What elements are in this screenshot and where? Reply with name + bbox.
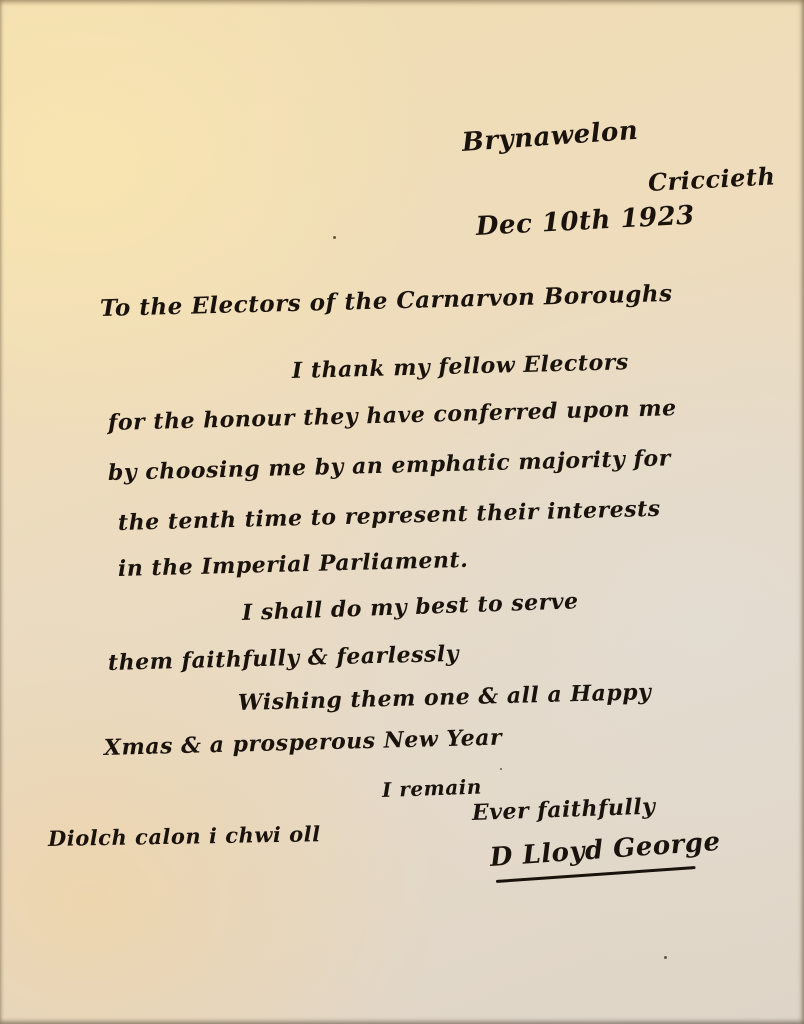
body-line: Wishing them one & all a Happy	[238, 679, 652, 716]
body-line: by choosing me by an emphatic majority f…	[108, 445, 671, 486]
closing: I remain	[382, 775, 483, 802]
body-line: I thank my fellow Electors	[292, 349, 629, 384]
address-town: Criccieth	[647, 161, 776, 197]
body-line: them faithfully & fearlessly	[108, 641, 460, 676]
paper-speck	[333, 236, 336, 239]
body-line: for the honour they have conferred upon …	[108, 395, 677, 436]
body-line: in the Imperial Parliament.	[118, 547, 469, 582]
letter-page: Brynawelon Criccieth Dec 10th 1923 To th…	[0, 0, 804, 1024]
salutation: To the Electors of the Carnarvon Borough…	[100, 280, 673, 322]
letter-date: Dec 10th 1923	[475, 201, 695, 242]
welsh-postscript: Diolch calon i chwi oll	[48, 821, 321, 851]
paper-speck	[500, 768, 502, 770]
address-house: Brynawelon	[461, 116, 639, 158]
body-line: Xmas & a prosperous New Year	[104, 725, 503, 761]
body-line: the tenth time to represent their intere…	[118, 496, 661, 536]
body-line: I shall do my best to serve	[242, 588, 579, 626]
paper-speck	[664, 956, 667, 959]
valediction: Ever faithfully	[472, 794, 656, 826]
